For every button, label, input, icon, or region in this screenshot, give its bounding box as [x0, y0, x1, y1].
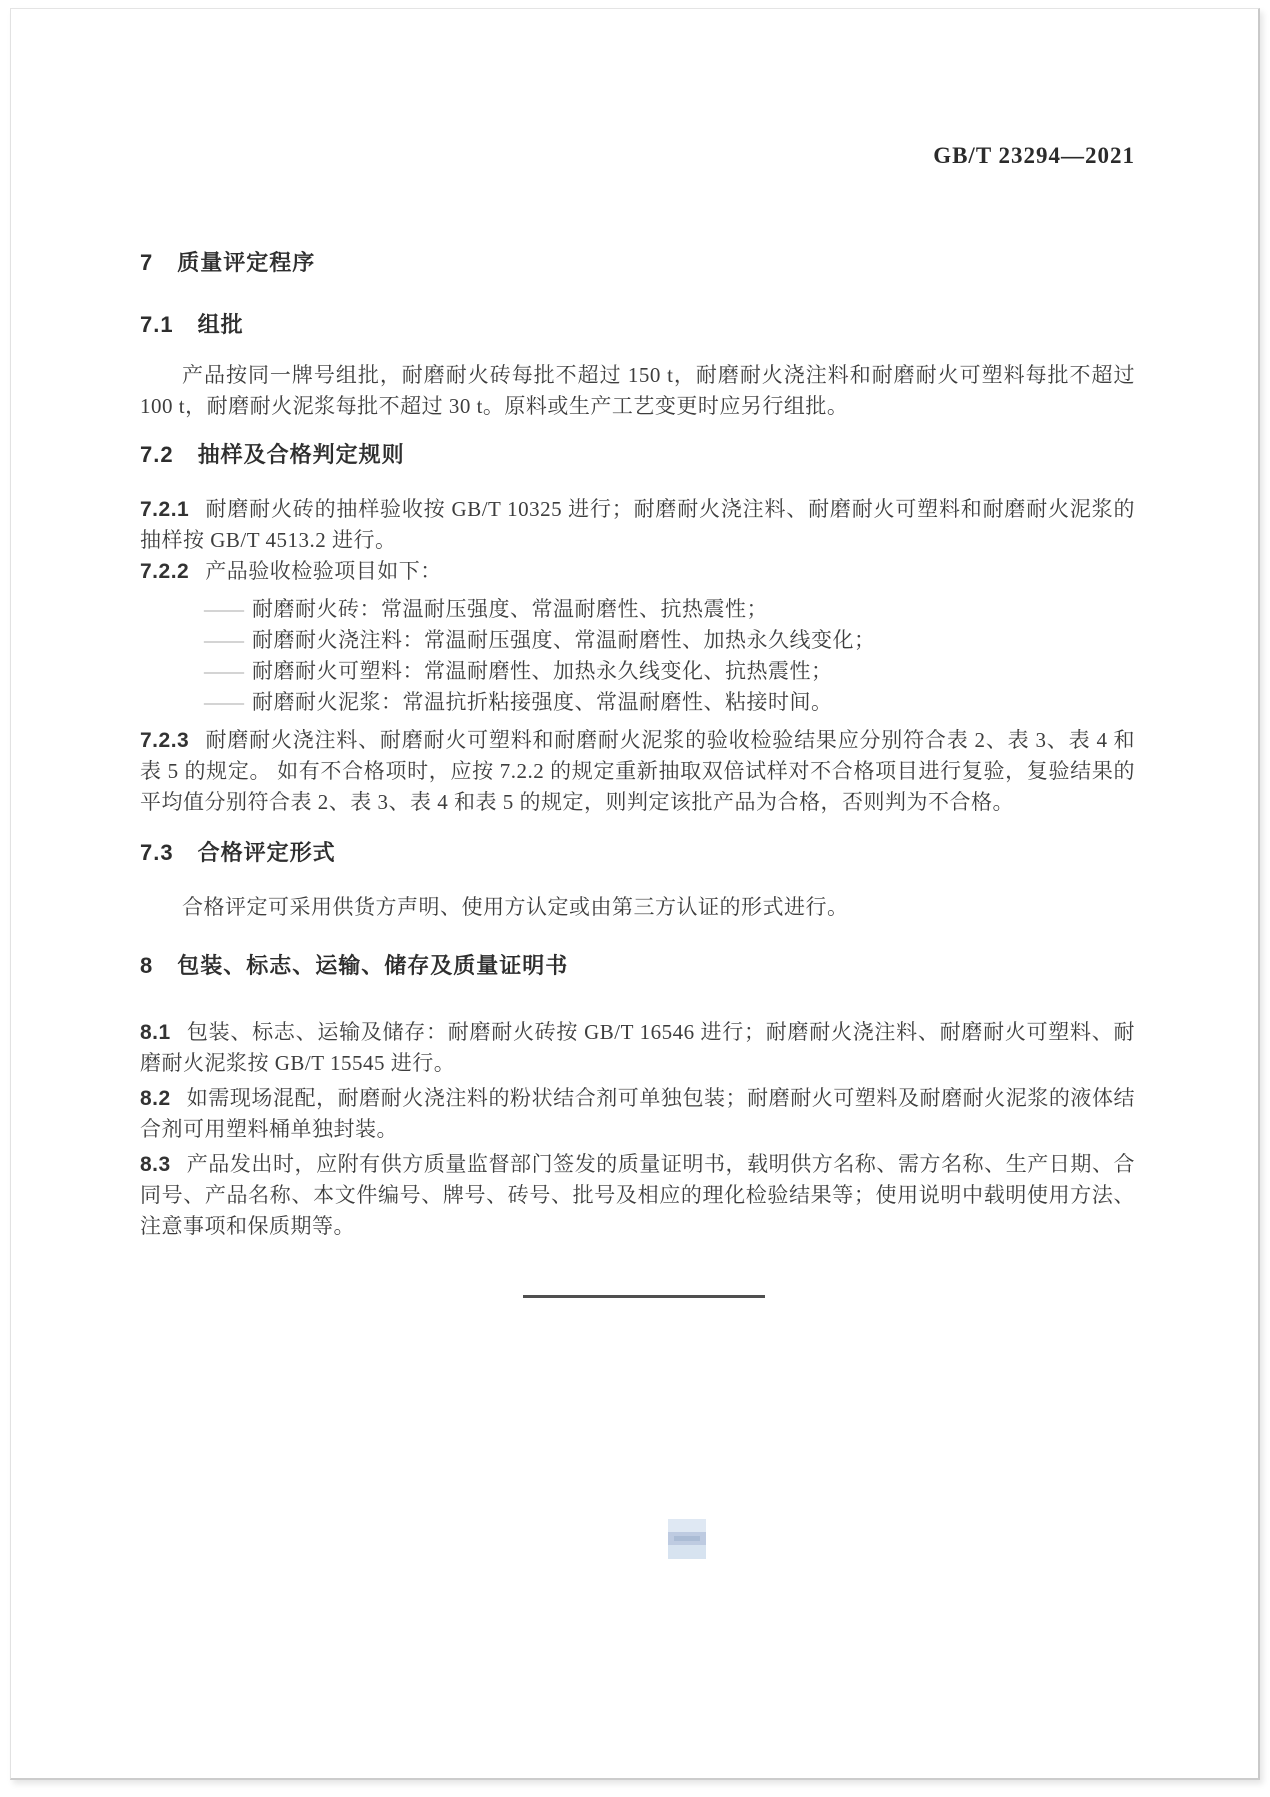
watermark-top-band	[668, 1519, 706, 1532]
clause-number: 7.2.3	[140, 729, 189, 752]
end-of-text-divider-line	[523, 1295, 765, 1298]
clause-number: 7.1	[140, 312, 174, 338]
clause-number: 8.3	[140, 1153, 171, 1176]
clause-text: 产品发出时，应附有供方质量监督部门签发的质量证明书，载明供方名称、需方名称、生产…	[140, 1152, 1135, 1238]
list-item-text: 耐磨耐火浇注料：常温耐压强度、常温耐磨性、加热永久线变化；	[252, 628, 876, 652]
clause-8-3-paragraph: 8.3产品发出时，应附有供方质量监督部门签发的质量证明书，载明供方名称、需方名称…	[140, 1149, 1135, 1242]
clause-7-1-heading: 7.1组批	[140, 312, 1135, 338]
list-item-text: 耐磨耐火砖：常温耐压强度、常温耐磨性、抗热震性；	[252, 597, 768, 621]
list-dash: ——	[204, 656, 242, 687]
list-item: ——耐磨耐火可塑料：常温耐磨性、加热永久线变化、抗热震性；	[140, 656, 1135, 687]
watermark-bottom-band	[668, 1545, 706, 1559]
list-dash: ——	[204, 594, 242, 625]
clause-text: 产品验收检验项目如下：	[205, 559, 442, 583]
clause-8-1-paragraph: 8.1包装、标志、运输及储存：耐磨耐火砖按 GB/T 16546 进行；耐磨耐火…	[140, 1017, 1135, 1079]
section-title: 质量评定程序	[177, 250, 315, 275]
section-number: 7	[140, 250, 153, 276]
section-8-heading: 8包装、标志、运输、储存及质量证明书	[140, 953, 1135, 979]
clause-number: 7.2.1	[140, 498, 189, 521]
list-item: ——耐磨耐火砖：常温耐压强度、常温耐磨性、抗热震性；	[140, 594, 1135, 625]
list-item-text: 耐磨耐火泥浆：常温抗折粘接强度、常温耐磨性、粘接时间。	[252, 690, 833, 714]
clause-title: 抽样及合格判定规则	[198, 442, 405, 467]
clause-7-1-paragraph: 产品按同一牌号组批，耐磨耐火砖每批不超过 150 t，耐磨耐火浇注料和耐磨耐火可…	[140, 360, 1135, 422]
clause-text: 耐磨耐火浇注料、耐磨耐火可塑料和耐磨耐火泥浆的验收检验结果应分别符合表 2、表 …	[140, 728, 1135, 814]
clause-7-2-heading: 7.2抽样及合格判定规则	[140, 442, 1135, 468]
clause-text: 耐磨耐火砖的抽样验收按 GB/T 10325 进行；耐磨耐火浇注料、耐磨耐火可塑…	[140, 497, 1135, 552]
list-item: ——耐磨耐火浇注料：常温耐压强度、常温耐磨性、加热永久线变化；	[140, 625, 1135, 656]
clause-7-3-paragraph: 合格评定可采用供货方声明、使用方认定或由第三方认证的形式进行。	[140, 892, 1135, 923]
section-title: 包装、标志、运输、储存及质量证明书	[177, 953, 568, 978]
clause-text: 包装、标志、运输及储存：耐磨耐火砖按 GB/T 16546 进行；耐磨耐火浇注料…	[140, 1020, 1135, 1075]
clause-title: 组批	[198, 312, 244, 337]
clause-7-2-2-list: ——耐磨耐火砖：常温耐压强度、常温耐磨性、抗热震性； ——耐磨耐火浇注料：常温耐…	[140, 594, 1135, 718]
section-7-heading: 7质量评定程序	[140, 250, 1135, 276]
watermark-middle-band	[668, 1532, 706, 1545]
clause-7-2-2-intro: 7.2.2产品验收检验项目如下：	[140, 556, 1135, 587]
clause-title: 合格评定形式	[198, 840, 336, 865]
clause-number: 7.2.2	[140, 560, 189, 583]
standard-document-page: GB/T 23294—2021 7质量评定程序 7.1组批 产品按同一牌号组批，…	[0, 0, 1270, 1797]
watermark-stamp	[668, 1519, 706, 1559]
list-item: ——耐磨耐火泥浆：常温抗折粘接强度、常温耐磨性、粘接时间。	[140, 687, 1135, 718]
list-dash: ——	[204, 625, 242, 656]
clause-number: 8.1	[140, 1021, 171, 1044]
clause-number: 7.3	[140, 840, 174, 866]
section-number: 8	[140, 953, 153, 979]
list-item-text: 耐磨耐火可塑料：常温耐磨性、加热永久线变化、抗热震性；	[252, 659, 833, 683]
clause-text: 如需现场混配，耐磨耐火浇注料的粉状结合剂可单独包装；耐磨耐火可塑料及耐磨耐火泥浆…	[140, 1086, 1135, 1141]
clause-7-2-3-paragraph: 7.2.3耐磨耐火浇注料、耐磨耐火可塑料和耐磨耐火泥浆的验收检验结果应分别符合表…	[140, 725, 1135, 818]
clause-8-2-paragraph: 8.2如需现场混配，耐磨耐火浇注料的粉状结合剂可单独包装；耐磨耐火可塑料及耐磨耐…	[140, 1083, 1135, 1145]
clause-number: 7.2	[140, 442, 174, 468]
list-dash: ——	[204, 687, 242, 718]
clause-number: 8.2	[140, 1087, 171, 1110]
clause-7-2-1-paragraph: 7.2.1耐磨耐火砖的抽样验收按 GB/T 10325 进行；耐磨耐火浇注料、耐…	[140, 494, 1135, 556]
doc-number-header: GB/T 23294—2021	[933, 143, 1135, 169]
clause-7-3-heading: 7.3合格评定形式	[140, 840, 1135, 866]
